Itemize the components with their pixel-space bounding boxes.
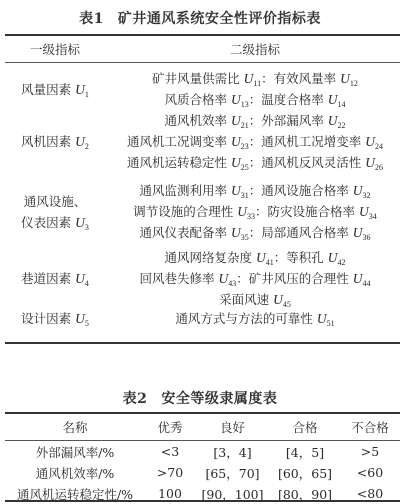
secondary-indicator-label: 调节设施的合理性 (133, 204, 237, 219)
secondary-indicator-label: ：等积孔 (274, 250, 328, 265)
secondary-indicators: 通风机效率 U21：外部漏风率 U22通风机工况调变率 U23：通风机工况增变率… (110, 110, 400, 173)
primary-symbol: U1 (75, 82, 89, 97)
secondary-symbol: U22 (328, 113, 346, 128)
table1-caption: 表1矿井通风系统安全性评价指标表 (0, 8, 400, 28)
secondary-symbol: U26 (365, 155, 383, 170)
cell-excellent: <3 (145, 441, 195, 463)
table1-caption-title: 矿井通风系统安全性评价指标表 (118, 11, 321, 27)
table1-header-secondary: 二级指标 (110, 40, 400, 58)
secondary-indicator-line: 通风方式与方法的可靠性 U51 (110, 308, 400, 329)
secondary-indicator-label: ：外部漏风率 (249, 113, 328, 128)
secondary-indicator-label: ：通风设施合格率 (249, 183, 353, 198)
cell-excellent: >70 (145, 462, 195, 483)
primary-label: 风量因素 (21, 82, 75, 97)
table2-header-excellent: 优秀 (145, 414, 195, 441)
secondary-symbol: U25 (231, 155, 249, 170)
primary-symbol: U2 (75, 134, 89, 149)
secondary-indicator-line: 调节设施的合理性 U33：防灾设施合格率 U34 (110, 201, 400, 222)
secondary-indicator-label: 矿井风量供需比 (152, 71, 243, 86)
table2-caption-title: 安全等级隶属度表 (161, 391, 277, 407)
secondary-indicator-label: ：温度合格率 (249, 92, 328, 107)
secondary-indicator-line: 回风巷失修率 U43：矿井风压的合理性 U44 (110, 268, 400, 289)
secondary-indicator-line: 采面风速 U45 (110, 289, 400, 310)
secondary-indicators: 通风网络复杂度 U41：等积孔 U42回风巷失修率 U43：矿井风压的合理性 U… (110, 247, 400, 310)
primary-symbol: U5 (75, 311, 89, 326)
secondary-symbol: U23 (231, 134, 249, 149)
secondary-symbol: U43 (219, 271, 237, 286)
secondary-symbol: U36 (353, 225, 371, 240)
secondary-indicator-line: 通风机运转稳定性 U25：通风机反风灵活性 U26 (110, 152, 400, 173)
primary-indicator: 风机因素 U2 (0, 131, 110, 157)
secondary-symbol: U34 (359, 204, 377, 219)
secondary-symbol: U41 (256, 250, 274, 265)
table2-header-name: 名称 (5, 414, 145, 441)
table1-header-primary: 一级指标 (0, 40, 110, 58)
secondary-indicator-line: 矿井风量供需比 U11：有效风量率 U12 (110, 68, 400, 89)
primary-indicator: 通风设施、仪表因素 U3 (0, 191, 110, 238)
table2-header-good: 良好 (195, 414, 270, 441)
cell-fail: >5 (340, 441, 400, 463)
table2-header-fail: 不合格 (340, 414, 400, 441)
secondary-indicator-label: 通风机效率 (165, 113, 231, 128)
primary-symbol: U4 (75, 271, 89, 286)
secondary-indicator-line: 风质合格率 U13：温度合格率 U14 (110, 89, 400, 110)
primary-symbol: U3 (75, 215, 89, 230)
secondary-indicator-label: 通风仪表配备率 (140, 225, 231, 240)
table2-header-row: 名称 优秀 良好 合格 不合格 (5, 414, 400, 441)
secondary-indicator-label: 通风机运转稳定性 (127, 155, 231, 170)
secondary-symbol: U11 (244, 71, 261, 86)
secondary-indicators: 通风方式与方法的可靠性 U51 (110, 308, 400, 329)
secondary-indicator-line: 通风网络复杂度 U41：等积孔 U42 (110, 247, 400, 268)
primary-label: 仪表因素 (21, 215, 75, 230)
table-row: 外部漏风率/% <3 [3，4] [4，5] >5 (5, 441, 400, 463)
secondary-symbol: U21 (231, 113, 249, 128)
primary-indicator: 设计因素 U5 (0, 308, 110, 334)
secondary-indicator-label: ：通风机反风灵活性 (249, 155, 365, 170)
table1-caption-number: 表1 (79, 11, 104, 27)
secondary-indicator-label: ：有效风量率 (261, 71, 340, 86)
secondary-indicator-label: ：矿井风压的合理性 (236, 271, 352, 286)
secondary-indicator-label: ：防灾设施合格率 (255, 204, 359, 219)
secondary-indicators: 矿井风量供需比 U11：有效风量率 U12风质合格率 U13：温度合格率 U14 (110, 68, 400, 110)
secondary-indicator-label: 通风方式与方法的可靠性 (175, 311, 316, 326)
secondary-indicator-line: 通风仪表配备率 U35：局部通风合格率 U36 (110, 222, 400, 243)
cell-good: [65，70] (195, 462, 270, 483)
table1-header-rule (5, 62, 400, 63)
table-row: 通风机效率/% >70 [65，70] [60，65] <60 (5, 462, 400, 483)
table2-caption: 表2安全等级隶属度表 (0, 388, 400, 408)
secondary-symbol: U13 (231, 92, 249, 107)
secondary-indicator-label: 通风机工况调变率 (127, 134, 231, 149)
secondary-indicator-line: 通风机效率 U21：外部漏风率 U22 (110, 110, 400, 131)
secondary-indicator-line: 通风机工况调变率 U23：通风机工况增变率 U24 (110, 131, 400, 152)
secondary-symbol: U32 (353, 183, 371, 198)
primary-indicator: 巷道因素 U4 (0, 268, 110, 294)
secondary-symbol: U33 (237, 204, 255, 219)
secondary-symbol: U45 (273, 292, 291, 307)
secondary-indicator-label: 风质合格率 (165, 92, 231, 107)
primary-indicator: 风量因素 U1 (0, 79, 110, 105)
secondary-symbol: U14 (328, 92, 346, 107)
table2-header-pass: 合格 (270, 414, 340, 441)
table2-caption-number: 表2 (123, 391, 148, 407)
secondary-symbol: U12 (340, 71, 358, 86)
cell-good: [3，4] (195, 441, 270, 463)
secondary-symbol: U42 (328, 250, 346, 265)
table1-top-rule (5, 34, 400, 36)
secondary-symbol: U24 (365, 134, 383, 149)
secondary-indicator-label: 通风网络复杂度 (165, 250, 256, 265)
primary-label: 设计因素 (21, 311, 75, 326)
cell-fail: <60 (340, 462, 400, 483)
secondary-indicator-label: 通风监测利用率 (140, 183, 231, 198)
secondary-symbol: U44 (353, 271, 371, 286)
secondary-symbol: U51 (317, 311, 335, 326)
table2-bottom-rule (5, 500, 400, 502)
secondary-indicator-label: 回风巷失修率 (140, 271, 219, 286)
secondary-indicator-label: ：局部通风合格率 (249, 225, 353, 240)
primary-label: 巷道因素 (21, 271, 75, 286)
cell-pass: [60，65] (270, 462, 340, 483)
secondary-indicators: 通风监测利用率 U31：通风设施合格率 U32调节设施的合理性 U33：防灾设施… (110, 180, 400, 243)
secondary-indicator-label: 采面风速 (219, 292, 273, 307)
secondary-indicator-line: 通风监测利用率 U31：通风设施合格率 U32 (110, 180, 400, 201)
table1-bottom-rule (5, 342, 400, 344)
cell-pass: [4，5] (270, 441, 340, 463)
secondary-indicator-label: ：通风机工况增变率 (249, 134, 365, 149)
secondary-symbol: U35 (231, 225, 249, 240)
row-name: 通风机效率/% (5, 462, 145, 483)
primary-label-line1: 通风设施、 (24, 194, 87, 209)
primary-label: 风机因素 (21, 134, 75, 149)
row-name: 外部漏风率/% (5, 441, 145, 463)
secondary-symbol: U31 (231, 183, 249, 198)
table2-grid: 名称 优秀 良好 合格 不合格 外部漏风率/% <3 [3，4] [4，5] >… (5, 414, 400, 504)
